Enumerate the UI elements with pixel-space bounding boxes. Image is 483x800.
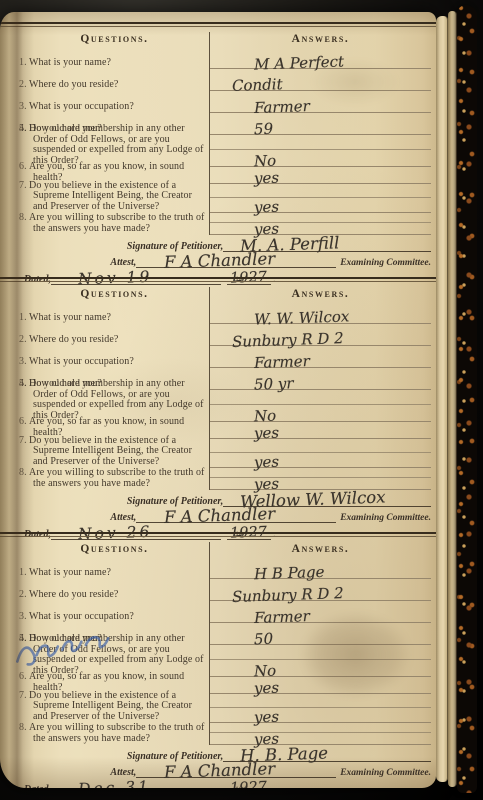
answer-cell: yes <box>210 439 431 468</box>
question-number: 6. <box>19 162 29 173</box>
dated-row: Dated, Dec 31 18 1927 . <box>20 778 431 788</box>
attest-line: F A Chandler <box>136 508 336 523</box>
question-number: 6. <box>19 417 29 428</box>
handwritten-date: Dec 31 <box>78 778 152 788</box>
question-number: 3. <box>19 357 29 368</box>
answer-cell: yes <box>210 677 431 694</box>
answer-cell: yes <box>210 468 431 490</box>
form-top-rule <box>0 22 436 31</box>
question-number: 7. <box>19 691 29 702</box>
question-cell: 7.Do you believe in the existence of a S… <box>20 439 210 468</box>
answer-cell: yes <box>210 422 431 439</box>
question-number: 7. <box>19 436 29 447</box>
answers-header: Answers. <box>210 287 431 302</box>
attest-label: Attest, <box>110 257 136 268</box>
dotted-leader <box>138 734 204 745</box>
question-cell: 3.What is your occupation? <box>20 601 210 623</box>
petition-form: Questions. Answers. 1.What is your name?… <box>20 22 431 277</box>
question-cell: 7.Do you believe in the existence of a S… <box>20 184 210 213</box>
question-number: 5. <box>19 379 29 390</box>
question-cell: 1.What is your name? <box>20 557 210 579</box>
answer-cell: W. W. Wilcox <box>210 302 431 324</box>
question-row: 1.What is your name? M A Perfect <box>20 47 431 69</box>
question-row: 1.What is your name? W. W. Wilcox <box>20 302 431 324</box>
question-text: What is your occupation? <box>29 611 134 622</box>
question-number: 5. <box>19 124 29 135</box>
question-cell: 1.What is your name? <box>20 47 210 69</box>
dated-label: Dated, <box>24 784 51 788</box>
answer-cell: No <box>210 645 431 677</box>
dotted-leader <box>136 612 204 623</box>
dotted-leader <box>136 102 204 113</box>
answers-header: Answers. <box>210 32 431 47</box>
question-number: 2. <box>19 590 29 601</box>
questions-header: Questions. <box>20 287 210 302</box>
question-number: 8. <box>19 468 29 479</box>
forms-column: Questions. Answers. 1.What is your name?… <box>20 12 431 787</box>
dotted-leader <box>118 80 204 91</box>
answer-cell: M A Perfect <box>210 47 431 69</box>
attest-row: Attest, F A Chandler Examining Committee… <box>20 507 431 523</box>
question-row: 3.What is your occupation? Farmer <box>20 91 431 113</box>
attest-label: Attest, <box>110 512 136 523</box>
question-text: Where do you reside? <box>29 334 118 345</box>
questions-header: Questions. <box>20 542 210 557</box>
dotted-leader <box>106 313 204 324</box>
printed-period: . <box>273 784 276 788</box>
question-number: 3. <box>19 102 29 113</box>
question-number: 1. <box>19 58 29 69</box>
question-cell: 2.Where do you reside? <box>20 579 210 601</box>
question-row: 8.Are you willing to subscribe to the tr… <box>20 213 431 235</box>
answer-cell: Condit <box>210 69 431 91</box>
question-row: 2.Where do you reside? Condit <box>20 69 431 91</box>
answer-cell: Farmer <box>210 346 431 368</box>
question-number: 1. <box>19 568 29 579</box>
dotted-leader <box>118 335 204 346</box>
answer-cell: No <box>210 390 431 422</box>
signature-row: Signature of Petitioner, Wellow W. Wilco… <box>20 490 431 507</box>
dotted-leader <box>106 58 204 69</box>
question-number: 1. <box>19 313 29 324</box>
page-edge-stack <box>436 16 448 782</box>
question-row: 1.What is your name? H B Page <box>20 557 431 579</box>
answer-cell: yes <box>210 184 431 213</box>
question-cell: 8.Are you willing to subscribe to the tr… <box>20 468 210 490</box>
question-cell: 3.What is your occupation? <box>20 91 210 113</box>
signature-row: Signature of Petitioner, H. B. Page <box>20 745 431 762</box>
signature-row: Signature of Petitioner, M. A. Perfill <box>20 235 431 252</box>
question-cell: 2.Where do you reside? <box>20 324 210 346</box>
marbled-book-cover-edge <box>457 5 477 793</box>
attest-line: F A Chandler <box>136 253 336 268</box>
form-top-rule <box>0 532 436 541</box>
question-cell: 2.Where do you reside? <box>20 69 210 91</box>
dotted-leader <box>138 224 204 235</box>
question-text: What is your name? <box>29 567 111 578</box>
question-row: 3.What is your occupation? Farmer <box>20 346 431 368</box>
answer-cell: yes <box>210 694 431 723</box>
answer-cell: No <box>210 135 431 167</box>
column-headers: Questions. Answers. <box>20 542 431 557</box>
dotted-leader <box>136 357 204 368</box>
examining-committee-label: Examining Committee. <box>340 513 431 523</box>
year-block: 18 1927 <box>227 780 271 788</box>
question-row: 8.Are you willing to subscribe to the tr… <box>20 723 431 745</box>
attest-line: F A Chandler <box>136 763 336 778</box>
question-text: What is your name? <box>29 57 111 68</box>
question-text: What is your occupation? <box>29 356 134 367</box>
question-cell: 3.What is your occupation? <box>20 346 210 368</box>
question-number: 7. <box>19 181 29 192</box>
question-row: 8.Are you willing to subscribe to the tr… <box>20 468 431 490</box>
questions-header: Questions. <box>20 32 210 47</box>
ledger-page: Questions. Answers. 1.What is your name?… <box>0 12 436 788</box>
petition-form: Questions. Answers. 1.What is your name?… <box>20 532 431 787</box>
examining-committee-label: Examining Committee. <box>340 258 431 268</box>
dotted-leader <box>106 568 204 579</box>
page-edge-stack <box>448 11 457 787</box>
question-cell: 7.Do you believe in the existence of a S… <box>20 694 210 723</box>
attest-label: Attest, <box>110 767 136 778</box>
date-line: Dec 31 <box>51 780 221 788</box>
petition-form: Questions. Answers. 1.What is your name?… <box>20 277 431 532</box>
answer-cell: H B Page <box>210 557 431 579</box>
question-row: 2.Where do you reside? Sunbury R D 2 <box>20 324 431 346</box>
question-number: 8. <box>19 723 29 734</box>
answer-cell: Farmer <box>210 601 431 623</box>
answer-cell: 50 <box>210 623 431 645</box>
scanned-ledger-photo: Questions. Answers. 1.What is your name?… <box>0 0 483 800</box>
question-row: 7.Do you believe in the existence of a S… <box>20 184 431 213</box>
attest-row: Attest, F A Chandler Examining Committee… <box>20 762 431 778</box>
question-text: Where do you reside? <box>29 79 118 90</box>
question-cell: 8.Are you willing to subscribe to the tr… <box>20 213 210 235</box>
question-number: 6. <box>19 672 29 683</box>
question-number: 3. <box>19 612 29 623</box>
answer-cell: yes <box>210 167 431 184</box>
form-top-rule <box>0 277 436 286</box>
question-row: 7.Do you believe in the existence of a S… <box>20 694 431 723</box>
question-row: 2.Where do you reside? Sunbury R D 2 <box>20 579 431 601</box>
question-text: What is your occupation? <box>29 101 134 112</box>
dotted-leader <box>118 590 204 601</box>
answer-cell: Sunbury R D 2 <box>210 324 431 346</box>
question-row: 3.What is your occupation? Farmer <box>20 601 431 623</box>
answer-cell: yes <box>210 723 431 745</box>
column-headers: Questions. Answers. <box>20 287 431 302</box>
column-headers: Questions. Answers. <box>20 32 431 47</box>
answer-cell: Farmer <box>210 91 431 113</box>
attest-row: Attest, F A Chandler Examining Committee… <box>20 252 431 268</box>
dotted-leader <box>138 479 204 490</box>
question-number: 2. <box>19 335 29 346</box>
question-number: 5. <box>19 634 29 645</box>
question-cell: 1.What is your name? <box>20 302 210 324</box>
handwritten-year: 1927 <box>230 779 267 788</box>
question-number: 2. <box>19 80 29 91</box>
answer-cell: 50 yr <box>210 368 431 390</box>
answer-cell: yes <box>210 213 431 235</box>
question-row: 7.Do you believe in the existence of a S… <box>20 439 431 468</box>
question-text: Where do you reside? <box>29 589 118 600</box>
question-cell: 8.Are you willing to subscribe to the tr… <box>20 723 210 745</box>
question-text: What is your name? <box>29 312 111 323</box>
answer-cell: 59 <box>210 113 431 135</box>
question-number: 8. <box>19 213 29 224</box>
examining-committee-label: Examining Committee. <box>340 768 431 778</box>
answers-header: Answers. <box>210 542 431 557</box>
answer-cell: Sunbury R D 2 <box>210 579 431 601</box>
